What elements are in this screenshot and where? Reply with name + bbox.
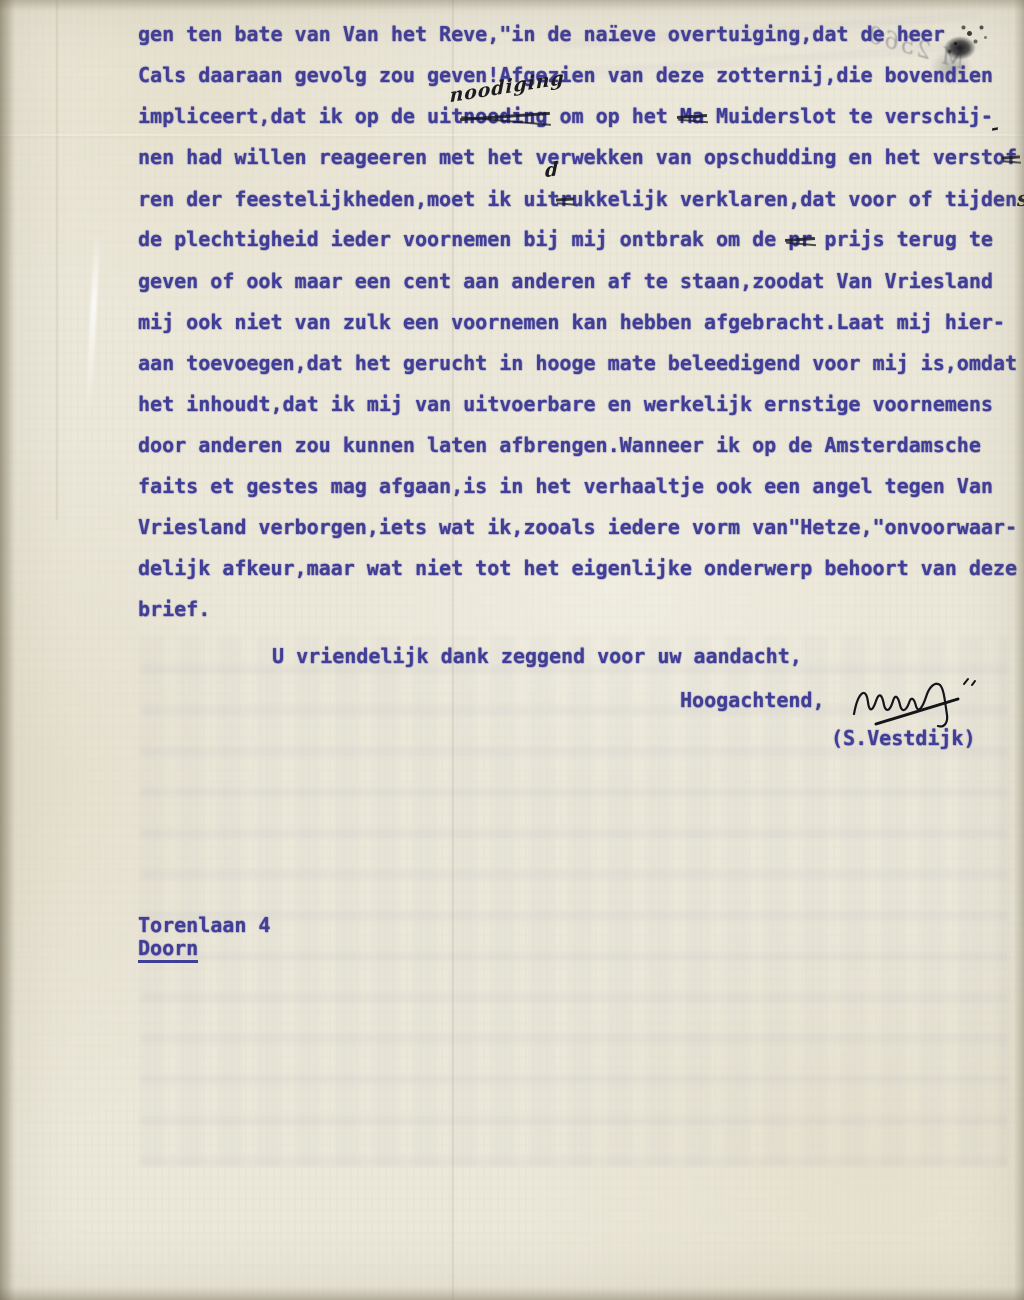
letter-body: gen ten bate van Van het Reve,"in de naï… bbox=[138, 14, 1024, 630]
letter-line: door anderen zou kunnen laten afbrengen.… bbox=[138, 425, 1024, 466]
letter-line: delijk afkeur,maar wat niet tot het eige… bbox=[138, 548, 1024, 589]
closing-salutation: Hoogachtend, bbox=[680, 688, 825, 712]
letter-line: aan toevoegen,dat het gerucht in hooge m… bbox=[138, 343, 1024, 384]
address-city: Doorn bbox=[138, 937, 270, 960]
letter-line: impliceert,dat ik op de uitnoodingnoodig… bbox=[138, 96, 1024, 137]
letter-line: het inhoudt,dat ik mij van uitvoerbare e… bbox=[138, 384, 1024, 425]
handwritten-correction: - bbox=[991, 107, 1001, 150]
letter-line: brief. bbox=[138, 589, 1024, 630]
paper-crease-mark bbox=[85, 232, 100, 407]
address-street: Torenlaan 4 bbox=[138, 914, 270, 937]
signature-typed-name: (S.Vestdijk) bbox=[831, 726, 976, 750]
letter-paper: M 2560 gen ten bate van Van het Reve,"in… bbox=[0, 0, 1024, 1300]
struck-out-text: f- bbox=[1005, 137, 1017, 178]
letter-line: mij ook niet van zulk een voornemen kan … bbox=[138, 302, 1024, 343]
vertical-fold-line-left bbox=[56, 0, 58, 520]
letter-line: gen ten bate van Van het Reve,"in de naï… bbox=[138, 14, 1024, 55]
letter-line: nen had willen reageeren met het verwekk… bbox=[138, 137, 1024, 178]
closing-thanks-line: U vriendelijk dank zeggend voor uw aanda… bbox=[272, 644, 802, 668]
letter-line: Vriesland verborgen,iets wat ik,zooals i… bbox=[138, 507, 1024, 548]
letter-line: ren der feestelijkheden,moet ik uitrdukk… bbox=[138, 178, 1024, 219]
letter-line: Cals daaraan gevolg zou geven!Afgezien v… bbox=[138, 55, 1024, 96]
sender-address: Torenlaan 4 Doorn bbox=[138, 914, 270, 960]
struck-out-text: Ma bbox=[680, 96, 704, 137]
struck-out-text: noodingnoodiging bbox=[463, 96, 547, 137]
handwritten-character: s bbox=[1017, 186, 1024, 211]
struck-out-text: pr bbox=[788, 219, 812, 260]
handwritten-correction: d bbox=[545, 148, 560, 192]
letter-line: faits et gestes mag afgaan,is in het ver… bbox=[138, 466, 1024, 507]
letter-line: geven of ook maar een cent aan anderen a… bbox=[138, 261, 1024, 302]
struck-out-text: rd bbox=[559, 179, 571, 220]
letter-line: de plechtigheid ieder voornemen bij mij … bbox=[138, 219, 1024, 260]
